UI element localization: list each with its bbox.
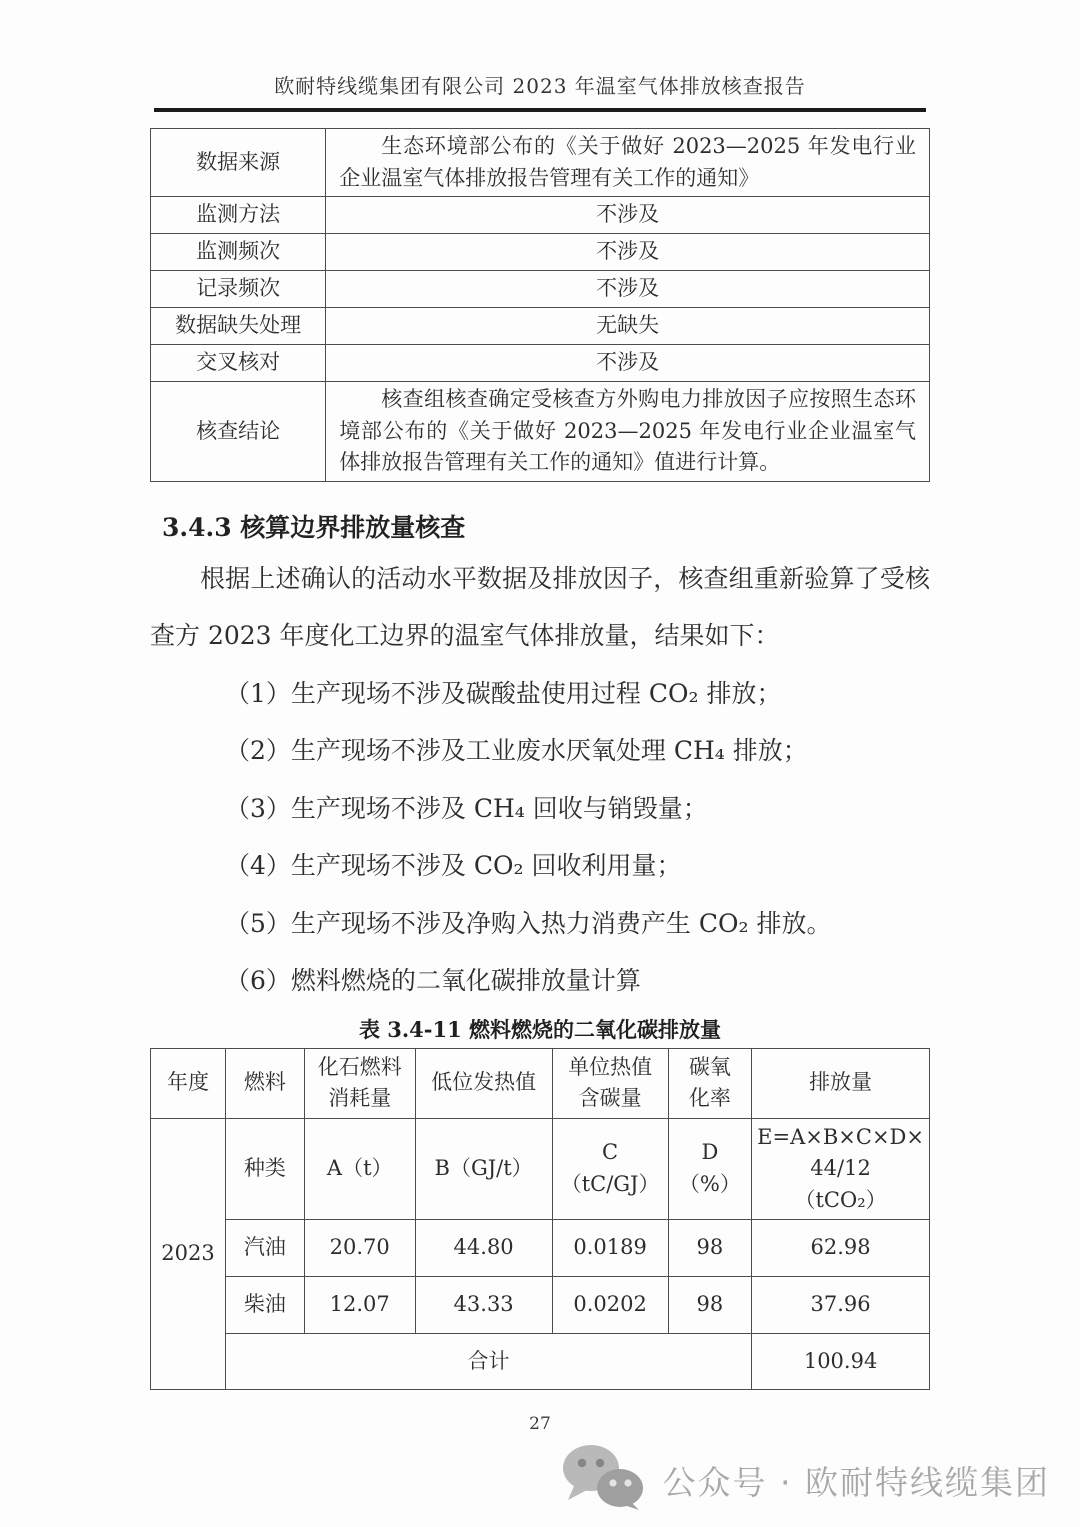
fuel-cell: 汽油 <box>225 1220 304 1277</box>
value-cell: 43.33 <box>415 1277 552 1334</box>
watermark: 公众号 · 欧耐特线缆集团 <box>560 1442 1050 1518</box>
row-label: 交叉核对 <box>151 345 326 382</box>
wechat-icon <box>560 1442 646 1518</box>
total-value: 100.94 <box>752 1334 930 1390</box>
value-cell: 98 <box>668 1277 752 1334</box>
table-row: 柴油 12.07 43.33 0.0202 98 37.96 <box>151 1277 930 1334</box>
row-value: 无缺失 <box>326 308 930 345</box>
list-item: （1）生产现场不涉及碳酸盐使用过程 CO₂ 排放； <box>150 665 930 723</box>
list-item: （5）生产现场不涉及净购入热力消费产生 CO₂ 排放。 <box>150 895 930 953</box>
table-caption: 表 3.4-11 燃料燃烧的二氧化碳排放量 <box>150 1014 930 1044</box>
row-label: 数据来源 <box>151 129 326 197</box>
header-title: 欧耐特线缆集团有限公司 2023 年温室气体排放核查报告 <box>0 0 1080 99</box>
list-item: （2）生产现场不涉及工业废水厌氧处理 CH₄ 排放； <box>150 722 930 780</box>
section-heading: 3.4.3 核算边界排放量核查 <box>162 508 930 544</box>
row-value: 不涉及 <box>326 197 930 234</box>
list-item: （6）燃料燃烧的二氧化碳排放量计算 <box>150 952 930 1010</box>
row-value: 不涉及 <box>326 271 930 308</box>
row-label: 监测频次 <box>151 234 326 271</box>
row-label: 监测方法 <box>151 197 326 234</box>
formula-cell: E=A×B×C×D× 44/12 （tCO₂） <box>752 1118 930 1220</box>
unit-cell: D （%） <box>668 1118 752 1220</box>
col-header: 燃料 <box>225 1048 304 1118</box>
col-header: 化石燃料 消耗量 <box>304 1048 415 1118</box>
row-value: 生态环境部公布的《关于做好 2023—2025 年发电行业企业温室气体排放报告管… <box>326 129 930 197</box>
table-row: 监测频次 不涉及 <box>151 234 930 271</box>
unit-cell: C （tC/GJ） <box>552 1118 668 1220</box>
body-paragraph: 根据上述确认的活动水平数据及排放因子，核查组重新验算了受核查方 2023 年度化… <box>150 550 930 665</box>
row-value: 不涉及 <box>326 345 930 382</box>
value-cell: 62.98 <box>752 1220 930 1277</box>
value-cell: 0.0202 <box>552 1277 668 1334</box>
col-header: 单位热值 含碳量 <box>552 1048 668 1118</box>
watermark-text: 公众号 · 欧耐特线缆集团 <box>663 1457 1050 1504</box>
year-cell: 2023 <box>151 1118 226 1390</box>
total-row: 合计 100.94 <box>151 1334 930 1390</box>
value-cell: 44.80 <box>415 1220 552 1277</box>
list-item: （4）生产现场不涉及 CO₂ 回收利用量； <box>150 837 930 895</box>
table-row: 监测方法 不涉及 <box>151 197 930 234</box>
col-header: 低位发热值 <box>415 1048 552 1118</box>
table-row: 汽油 20.70 44.80 0.0189 98 62.98 <box>151 1220 930 1277</box>
col-header: 年度 <box>151 1048 226 1118</box>
table-row: 数据来源 生态环境部公布的《关于做好 2023—2025 年发电行业企业温室气体… <box>151 129 930 197</box>
col-header: 碳氧 化率 <box>668 1048 752 1118</box>
value-cell: 37.96 <box>752 1277 930 1334</box>
verification-info-table: 数据来源 生态环境部公布的《关于做好 2023—2025 年发电行业企业温室气体… <box>150 128 930 482</box>
unit-cell: B（GJ/t） <box>415 1118 552 1220</box>
content-column: 数据来源 生态环境部公布的《关于做好 2023—2025 年发电行业企业温室气体… <box>150 128 930 1434</box>
value-cell: 12.07 <box>304 1277 415 1334</box>
row-label: 数据缺失处理 <box>151 308 326 345</box>
total-label: 合计 <box>225 1334 751 1390</box>
row-label: 核查结论 <box>151 382 326 482</box>
value-cell: 20.70 <box>304 1220 415 1277</box>
table-row: 数据缺失处理 无缺失 <box>151 308 930 345</box>
table-row: 记录频次 不涉及 <box>151 271 930 308</box>
value-cell: 0.0189 <box>552 1220 668 1277</box>
page-number: 27 <box>150 1414 930 1434</box>
list-item: （3）生产现场不涉及 CH₄ 回收与销毁量； <box>150 780 930 838</box>
document-page: 欧耐特线缆集团有限公司 2023 年温室气体排放核查报告 数据来源 生态环境部公… <box>0 0 1080 1527</box>
unit-cell: 种类 <box>225 1118 304 1220</box>
header-rule <box>154 108 926 112</box>
fuel-cell: 柴油 <box>225 1277 304 1334</box>
unit-cell: A（t） <box>304 1118 415 1220</box>
row-value: 不涉及 <box>326 234 930 271</box>
row-value: 核查组核查确定受核查方外购电力排放因子应按照生态环境部公布的《关于做好 2023… <box>326 382 930 482</box>
header-row: 年度 燃料 化石燃料 消耗量 低位发热值 单位热值 含碳量 碳氧 化率 排放量 <box>151 1048 930 1118</box>
table-row: 核查结论 核查组核查确定受核查方外购电力排放因子应按照生态环境部公布的《关于做好… <box>151 382 930 482</box>
value-cell: 98 <box>668 1220 752 1277</box>
col-header: 排放量 <box>752 1048 930 1118</box>
unit-row: 2023 种类 A（t） B（GJ/t） C （tC/GJ） D （%） E=A… <box>151 1118 930 1220</box>
row-label: 记录频次 <box>151 271 326 308</box>
emission-table: 年度 燃料 化石燃料 消耗量 低位发热值 单位热值 含碳量 碳氧 化率 排放量 … <box>150 1048 930 1391</box>
table-row: 交叉核对 不涉及 <box>151 345 930 382</box>
